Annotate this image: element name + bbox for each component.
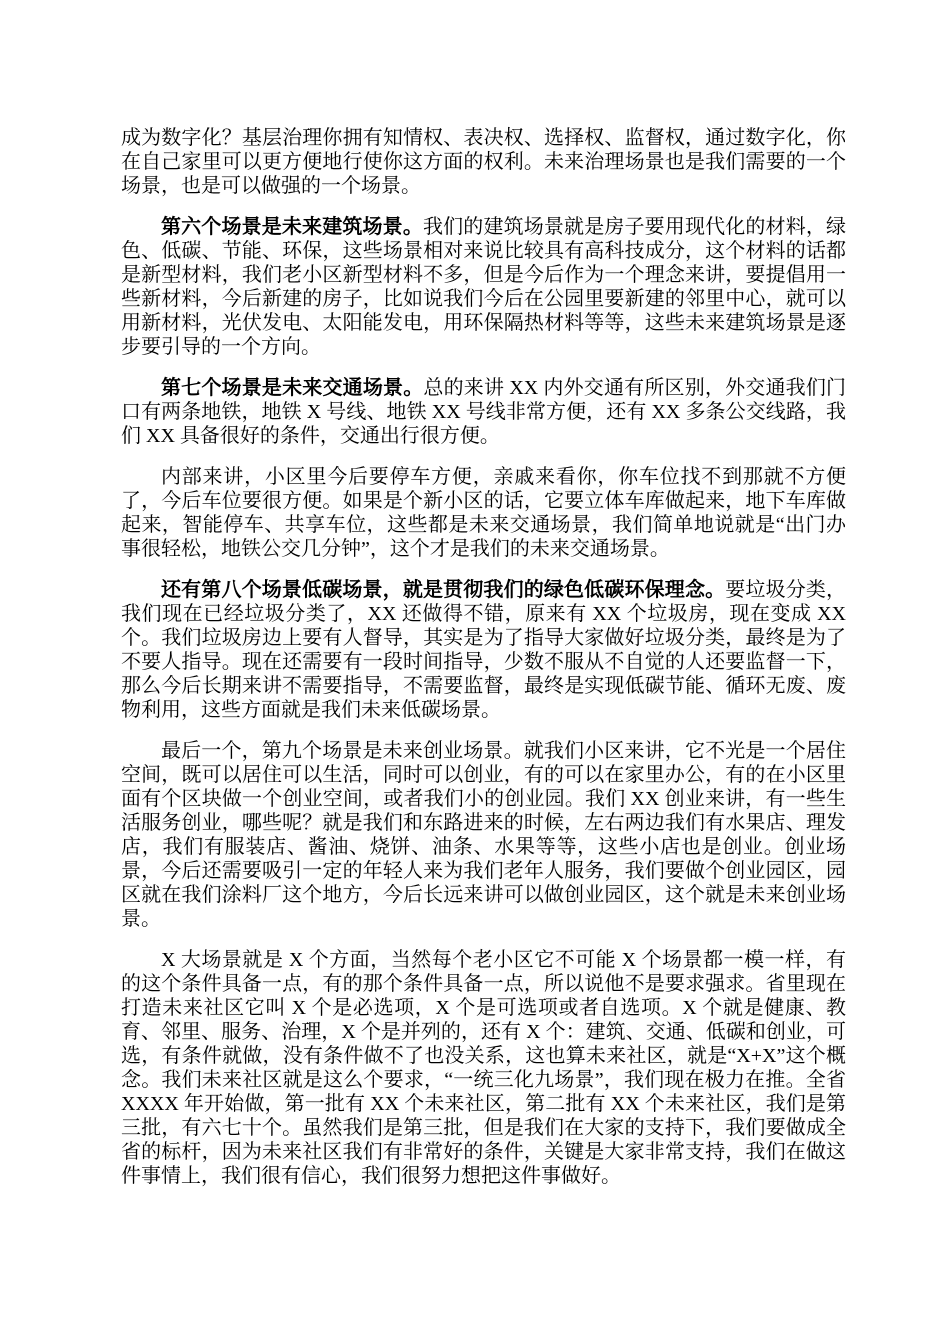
paragraph-internal-transport: 内部来讲，小区里今后要停车方便，亲戚来看你，你车位找不到那就不方便了，今后车位要…: [121, 465, 846, 561]
paragraph-text: X 大场景就是 X 个方面，当然每个老小区它不可能 X 个场景都一模一样，有的这…: [121, 949, 846, 1187]
paragraph-text: 成为数字化？基层治理你拥有知情权、表决权、选择权、监督权，通过数字化，你在自己家…: [121, 127, 846, 197]
paragraph-scene-7-transport: 第七个场景是未来交通场景。总的来讲 XX 内外交通有所区别，外交通我们门口有两条…: [121, 376, 846, 448]
document-page: 成为数字化？基层治理你拥有知情权、表决权、选择权、监督权，通过数字化，你在自己家…: [0, 0, 950, 1344]
paragraph-governance-continuation: 成为数字化？基层治理你拥有知情权、表决权、选择权、监督权，通过数字化，你在自己家…: [121, 126, 846, 198]
paragraph-text: 最后一个，第九个场景是未来创业场景。就我们小区来讲，它不光是一个居住空间，既可以…: [121, 740, 846, 930]
paragraph-lead: 第七个场景是未来交通场景。: [161, 377, 423, 399]
paragraph-scene-6-architecture: 第六个场景是未来建筑场景。我们的建筑场景就是房子要用现代化的材料，绿色、低碳、节…: [121, 215, 846, 359]
document-body: 成为数字化？基层治理你拥有知情权、表决权、选择权、监督权，通过数字化，你在自己家…: [121, 126, 846, 1188]
paragraph-summary: X 大场景就是 X 个方面，当然每个老小区它不可能 X 个场景都一模一样，有的这…: [121, 948, 846, 1188]
paragraph-text: 内部来讲，小区里今后要停车方便，亲戚来看你，你车位找不到那就不方便了，今后车位要…: [121, 466, 846, 560]
paragraph-lead: 第六个场景是未来建筑场景。: [161, 216, 423, 238]
paragraph-scene-8-low-carbon: 还有第八个场景低碳场景，就是贯彻我们的绿色低碳环保理念。要垃圾分类，我们现在已经…: [121, 578, 846, 722]
paragraph-lead: 还有第八个场景低碳场景，就是贯彻我们的绿色低碳环保理念。: [161, 579, 725, 601]
paragraph-scene-9-entrepreneurship: 最后一个，第九个场景是未来创业场景。就我们小区来讲，它不光是一个居住空间，既可以…: [121, 739, 846, 931]
